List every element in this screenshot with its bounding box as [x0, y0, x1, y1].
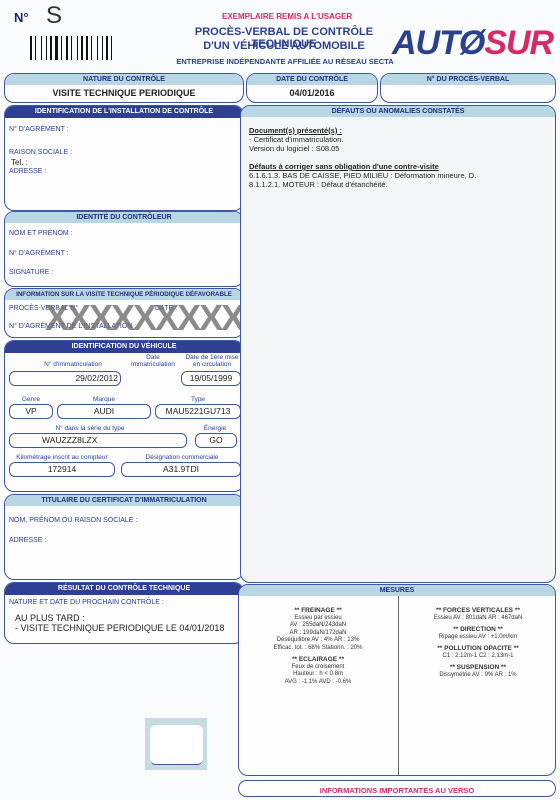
controleur-nom-label: NOM ET PRÉNOM : [9, 230, 73, 237]
defauts-header: DÉFAUTS OU ANOMALIES CONSTATÉS [241, 106, 555, 117]
controleur-header: IDENTITÉ DU CONTRÔLEUR [5, 212, 243, 223]
eclairage-title: ** ECLAIRAGE ** [239, 656, 397, 664]
designation-label: Désignation commerciale [123, 454, 241, 461]
resultat-line1: AU PLUS TARD : [15, 613, 85, 623]
km-label: Kilométrage inscrit au compteur [9, 454, 115, 461]
resultat-header: RÉSULTAT DU CONTRÔLE TECHNIQUE [5, 583, 243, 595]
copy-label: EXEMPLAIRE REMIS A L'USAGER [222, 12, 352, 21]
mesures-right-column: ** FORCES VERTICALES ** Essieu AV : 801d… [399, 607, 556, 679]
logo-part-auto: AUTØ [392, 24, 484, 62]
mesures-left-column: ** FREINAGE ** Essieu par essieu AV : 25… [239, 607, 397, 686]
type-box: MAU5221GU713 [155, 404, 241, 419]
defect-2: 8.1.1.2.1. MOTEUR : Défaut d'étanchéité. [249, 180, 549, 189]
freinage-title: ** FREINAGE ** [239, 607, 397, 615]
serie-value: WAUZZZ8LZX [42, 435, 97, 445]
controleur-agrement-label: N° D'AGRÉMENT : [9, 250, 69, 257]
document-number-value: S [46, 2, 62, 30]
date-controle-value: 04/01/2016 [247, 85, 377, 101]
serie-label: N° dans la série du type [35, 425, 145, 432]
date-mise-box: 19/05/1999 [181, 371, 241, 386]
marque-label: Marque [59, 396, 149, 403]
installation-header: IDENTIFICATION DE L'INSTALLATION DE CONT… [5, 106, 243, 118]
installation-tel-label: Tel. : [11, 158, 28, 167]
defect-1: 6.1.6.1.3. BAS DE CAISSE, PIED MILIEU : … [249, 171, 549, 180]
document-title-line2: D'UN VÉHICULE AUTOMOBILE [174, 40, 394, 52]
marque-box: AUDI [57, 404, 151, 419]
nature-value: VISITE TECHNIQUE PERIODIQUE [5, 85, 243, 101]
controleur-signature-label: SIGNATURE : [9, 269, 53, 276]
installation-adresse-label: ADRESSE : [9, 168, 46, 175]
energie-box: GO [195, 433, 237, 448]
freinage-l4: Déséquilibre AV : 4% AR : 13% [239, 637, 397, 645]
forces-l1: Essieu AV : 801daN AR : 467daN [399, 615, 556, 623]
document-subtitle: ENTREPRISE INDÉPENDANTE AFFILIÉE AU RÉSE… [176, 57, 394, 66]
pv-number-panel: N° DU PROCÈS-VERBAL [380, 73, 556, 103]
autosur-logo: AUTØSUR [392, 24, 553, 63]
immat-label: N° d'immatriculation [33, 361, 113, 368]
resultat-label: NATURE ET DATE DU PROCHAIN CONTRÔLE : [9, 599, 164, 606]
resultat-panel: RÉSULTAT DU CONTRÔLE TECHNIQUE NATURE ET… [4, 582, 244, 644]
eclairage-l2: Hauteur : h < 0.8m [239, 671, 397, 679]
vehicule-header: IDENTIFICATION DU VÉHICULE [5, 341, 243, 353]
suspension-l1: Dissymétrie AV : 9% AR : 1% [399, 672, 556, 680]
installation-agrement-label: N° D'AGRÉMENT : [9, 126, 69, 133]
titulaire-header: TITULAIRE DU CERTIFICAT D'IMMATRICULATIO… [5, 495, 243, 506]
titulaire-nom-label: NOM, PRÉNOM OU RAISON SOCIALE : [9, 517, 137, 524]
serie-box: WAUZZZ8LZX [9, 433, 187, 448]
eclairage-l3: AVG : -1.1% AVD : -0.6% [239, 679, 397, 687]
freinage-l5: Efficac. tot. : 68% Stationn. : 20% [239, 645, 397, 653]
vehicule-panel: IDENTIFICATION DU VÉHICULE N° d'immatric… [4, 340, 244, 492]
date-immat-label: Date immatriculation [127, 354, 179, 368]
freinage-l3: AR : 199daN/172daN [239, 630, 397, 638]
titulaire-adresse-label: ADRESSE : [9, 537, 46, 544]
barcode [30, 36, 134, 60]
date-controle-panel: DATE DU CONTRÔLE 04/01/2016 [246, 73, 378, 103]
defauts-panel: DÉFAUTS OU ANOMALIES CONSTATÉS Document(… [240, 105, 556, 583]
designation-box: A31.9TDI [121, 462, 241, 477]
installation-panel: IDENTIFICATION DE L'INSTALLATION DE CONT… [4, 105, 244, 211]
eclairage-l1: Feux de croisement [239, 664, 397, 672]
direction-l1: Ripage essieu AV : +1.0m/km [399, 634, 556, 642]
info-verso-banner: INFORMATIONS IMPORTANTES AU VERSO [238, 780, 556, 797]
mesures-panel: MESURES ** FREINAGE ** Essieu par essieu… [238, 584, 556, 776]
docs-line1: - Certificat d'immatriculation. [249, 135, 549, 144]
controleur-panel: IDENTITÉ DU CONTRÔLEUR NOM ET PRÉNOM : N… [4, 211, 244, 287]
defauts-content: Document(s) présenté(s) : - Certificat d… [249, 126, 549, 189]
installation-raison-label: RAISON SOCIALE : [9, 149, 72, 156]
defects-title: Défauts à corriger sans obligation d'une… [249, 162, 549, 171]
info-verso-text: INFORMATIONS IMPORTANTES AU VERSO [320, 786, 474, 795]
defavorable-panel: INFORMATION SUR LA VISITE TECHNIQUE PÉRI… [4, 288, 244, 338]
date-mise-label: Date de 1ère mise en circulation [183, 354, 241, 368]
direction-title: ** DIRECTION ** [399, 626, 556, 634]
crossed-out-mark: XXXXXXXXX [45, 297, 243, 338]
pollution-title: ** POLLUTION OPACITE ** [399, 645, 556, 653]
freinage-l2: AV : 255daN/243daN [239, 622, 397, 630]
date-controle-header: DATE DU CONTRÔLE [247, 74, 377, 85]
genre-box: VP [9, 404, 53, 419]
titulaire-panel: TITULAIRE DU CERTIFICAT D'IMMATRICULATIO… [4, 494, 244, 580]
document-number-label: N° [14, 10, 29, 25]
pv-number-header: N° DU PROCÈS-VERBAL [381, 74, 555, 85]
date-immat-value: 29/02/2012 [75, 373, 118, 383]
docs-line2: Version du logiciel : S08.05 [249, 144, 549, 153]
docs-title: Document(s) présenté(s) : [249, 126, 549, 135]
energie-label: Énergie [195, 425, 235, 432]
freinage-l1: Essieu par essieu [239, 615, 397, 623]
date-mise-value: 19/05/1999 [190, 373, 233, 383]
mesures-header: MESURES [239, 585, 555, 596]
genre-label: Genre [11, 396, 51, 403]
forces-title: ** FORCES VERTICALES ** [399, 607, 556, 615]
immat-box: 29/02/2012 [9, 371, 121, 386]
nature-header: NATURE DU CONTRÔLE [5, 74, 243, 85]
suspension-title: ** SUSPENSION ** [399, 664, 556, 672]
logo-part-sur: SUR [484, 24, 553, 62]
resultat-line2: - VISITE TECHNIQUE PERIODIQUE LE 04/01/2… [15, 623, 224, 633]
type-label: Type [155, 396, 241, 403]
stamp-box [150, 725, 203, 765]
nature-panel: NATURE DU CONTRÔLE VISITE TECHNIQUE PERI… [4, 73, 244, 103]
pollution-l1: C1 : 2.12m-1 C2 : 2.13m-1 [399, 653, 556, 661]
km-box: 172914 [9, 462, 115, 477]
